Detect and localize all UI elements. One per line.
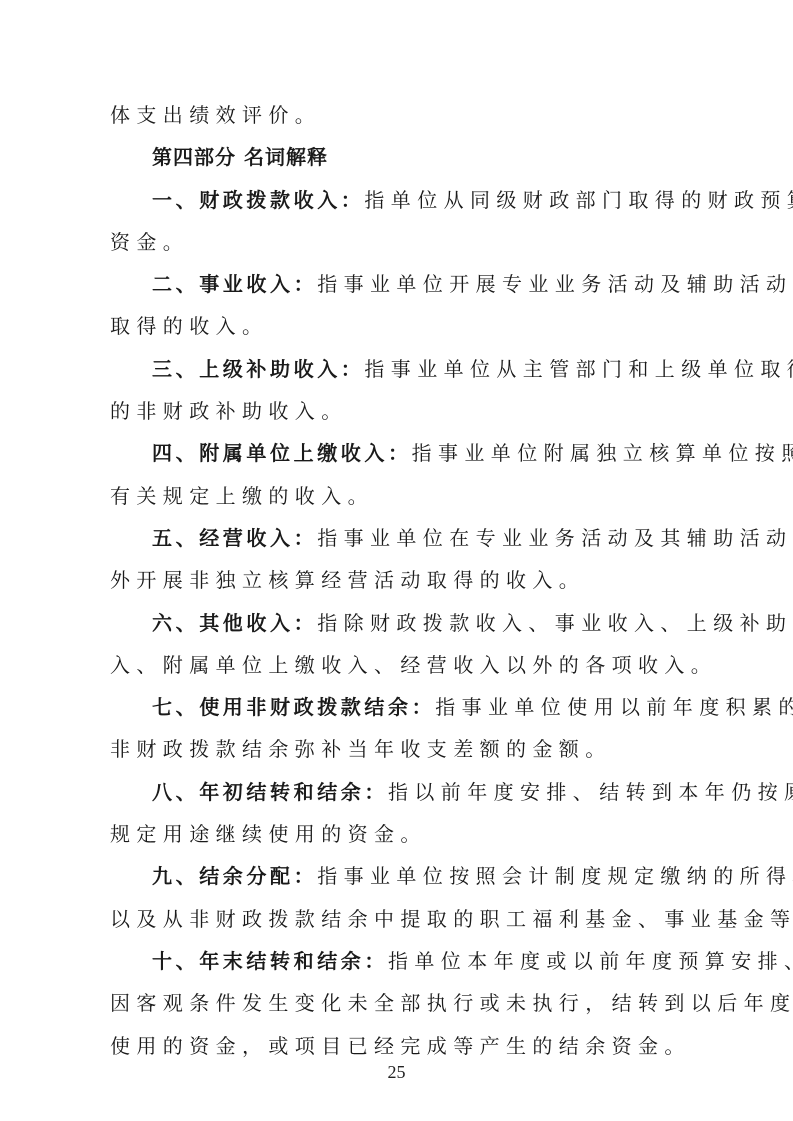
definition-continuation: 取得的收入。 <box>110 305 694 347</box>
definition-term: 八、年初结转和结余： <box>152 780 388 804</box>
definition-entry-4: 四、附属单位上缴收入：指事业单位附属独立核算单位按照 <box>110 432 694 474</box>
section-heading: 第四部分 名词解释 <box>110 136 694 178</box>
definition-term: 一、财政拨款收入： <box>152 188 364 212</box>
definition-term: 四、附属单位上缴收入： <box>152 441 412 465</box>
definition-text: 指事业单位在专业业务活动及其辅助活动之 <box>317 526 793 550</box>
definition-term: 二、事业收入： <box>152 272 317 296</box>
definition-continuation: 非财政拨款结余弥补当年收支差额的金额。 <box>110 728 694 770</box>
definition-text: 指单位从同级财政部门取得的财政预算 <box>364 188 793 212</box>
definition-term: 三、上级补助收入： <box>152 357 364 381</box>
definition-term: 九、结余分配： <box>152 864 317 888</box>
definition-text: 指事业单位使用以前年度积累的 <box>435 695 793 719</box>
definition-continuation: 规定用途继续使用的资金。 <box>110 813 694 855</box>
definition-continuation: 有关规定上缴的收入。 <box>110 475 694 517</box>
definition-continuation: 外开展非独立核算经营活动取得的收入。 <box>110 559 694 601</box>
definition-continuation: 的非财政补助收入。 <box>110 390 694 432</box>
definition-text: 指以前年度安排、结转到本年仍按原 <box>388 780 793 804</box>
definition-term: 十、年末结转和结余： <box>152 949 388 973</box>
definition-term: 七、使用非财政拨款结余： <box>152 695 435 719</box>
definition-entry-3: 三、上级补助收入：指事业单位从主管部门和上级单位取得 <box>110 348 694 390</box>
document-page: 体支出绩效评价。 第四部分 名词解释 一、财政拨款收入：指单位从同级财政部门取得… <box>0 0 793 1121</box>
definition-entry-10: 十、年末结转和结余：指单位本年度或以前年度预算安排、 <box>110 940 694 982</box>
page-number: 25 <box>0 1062 793 1083</box>
definition-text: 指事业单位从主管部门和上级单位取得 <box>364 357 793 381</box>
definition-entry-5: 五、经营收入：指事业单位在专业业务活动及其辅助活动之 <box>110 517 694 559</box>
definition-text: 指事业单位附属独立核算单位按照 <box>412 441 793 465</box>
definition-continuation: 资金。 <box>110 221 694 263</box>
definition-continuation: 入、附属单位上缴收入、经营收入以外的各项收入。 <box>110 644 694 686</box>
definition-entry-1: 一、财政拨款收入：指单位从同级财政部门取得的财政预算 <box>110 179 694 221</box>
definition-term: 五、经营收入： <box>152 526 317 550</box>
definition-continuation: 因客观条件发生变化未全部执行或未执行，结转到以后年度继续 <box>110 982 694 1024</box>
definition-continuation: 以及从非财政拨款结余中提取的职工福利基金、事业基金等。 <box>110 898 694 940</box>
definition-entry-9: 九、结余分配：指事业单位按照会计制度规定缴纳的所得税 <box>110 855 694 897</box>
definition-text: 指事业单位开展专业业务活动及辅助活动所 <box>317 272 793 296</box>
paragraph-continuation: 体支出绩效评价。 <box>110 94 694 136</box>
definition-continuation: 使用的资金，或项目已经完成等产生的结余资金。 <box>110 1025 694 1067</box>
definition-entry-8: 八、年初结转和结余：指以前年度安排、结转到本年仍按原 <box>110 771 694 813</box>
definition-text: 指单位本年度或以前年度预算安排、 <box>388 949 793 973</box>
definition-text: 指除财政拨款收入、事业收入、上级补助收 <box>317 611 793 635</box>
definition-text: 指事业单位按照会计制度规定缴纳的所得税 <box>317 864 793 888</box>
text-column: 体支出绩效评价。 第四部分 名词解释 一、财政拨款收入：指单位从同级财政部门取得… <box>110 94 694 1067</box>
definition-entry-7: 七、使用非财政拨款结余：指事业单位使用以前年度积累的 <box>110 686 694 728</box>
definition-entry-2: 二、事业收入：指事业单位开展专业业务活动及辅助活动所 <box>110 263 694 305</box>
definition-entry-6: 六、其他收入：指除财政拨款收入、事业收入、上级补助收 <box>110 602 694 644</box>
definition-term: 六、其他收入： <box>152 611 317 635</box>
